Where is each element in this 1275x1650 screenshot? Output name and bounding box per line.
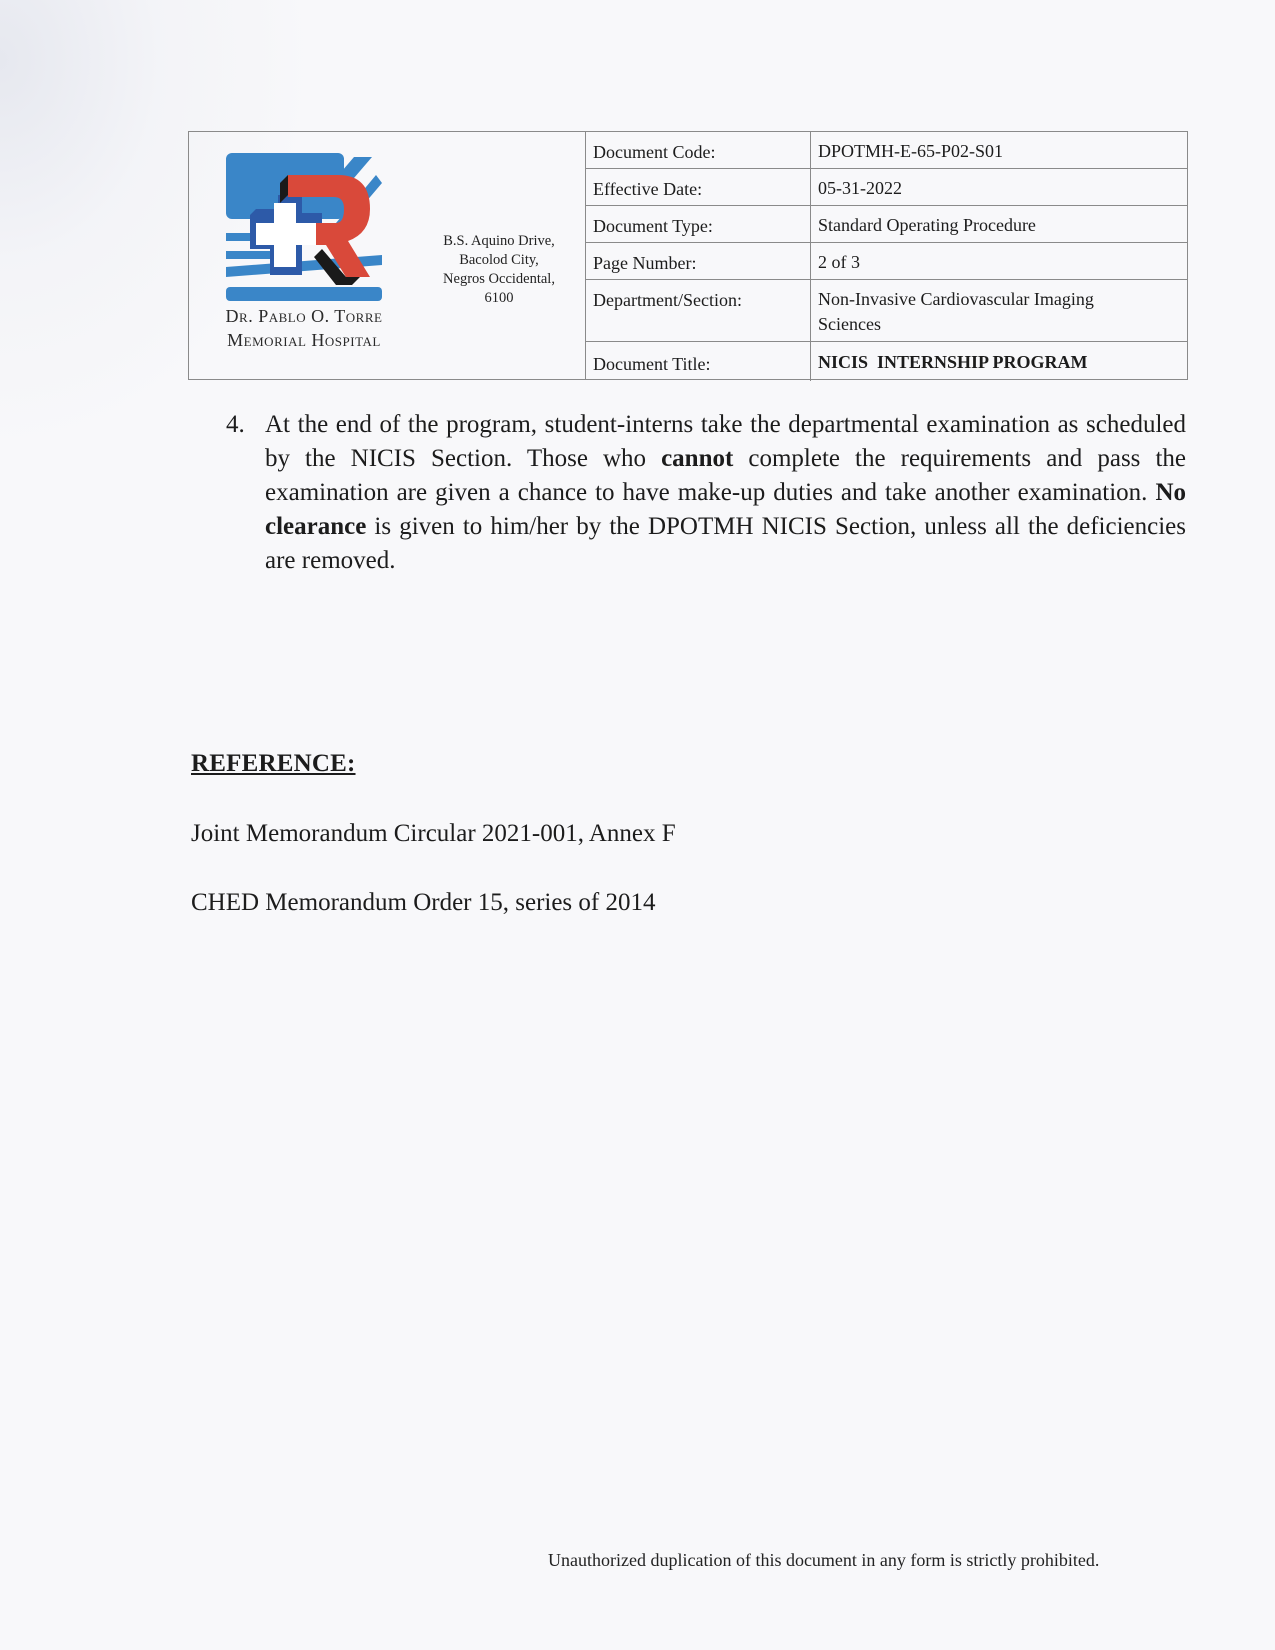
- meta-label: Page Number:: [586, 243, 811, 279]
- meta-label: Document Type:: [586, 206, 811, 242]
- meta-row-page-number: Page Number: 2 of 3: [586, 243, 1187, 280]
- duplication-notice: Unauthorized duplication of this documen…: [548, 1550, 1099, 1571]
- address-line: 6100: [419, 289, 579, 308]
- address-line: B.S. Aquino Drive,: [419, 232, 579, 251]
- meta-row-document-code: Document Code: DPOTMH-E-65-P02-S01: [586, 132, 1187, 169]
- logo-cell: Dr. Pablo O. Torre Memorial Hospital B.S…: [189, 132, 586, 379]
- text-segment: is given to him/her by the DPOTMH NICIS …: [265, 513, 1186, 574]
- document-header-table: Dr. Pablo O. Torre Memorial Hospital B.S…: [188, 131, 1188, 380]
- meta-row-document-title: Document Title: NICIS INTERNSHIP PROGRAM: [586, 342, 1187, 381]
- meta-value: DPOTMH-E-65-P02-S01: [811, 132, 1187, 168]
- emphasis-cannot: cannot: [661, 445, 733, 472]
- meta-label: Document Title:: [586, 342, 811, 381]
- reference-heading: REFERENCE:: [191, 750, 356, 778]
- meta-row-effective-date: Effective Date: 05-31-2022: [586, 169, 1187, 206]
- address-line: Bacolod City,: [419, 251, 579, 270]
- meta-value-line: Sciences: [818, 312, 1187, 337]
- hospital-name-line1: Dr. Pablo O. Torre: [189, 304, 419, 328]
- hospital-address: B.S. Aquino Drive, Bacolod City, Negros …: [419, 232, 579, 308]
- document-meta-rows: Document Code: DPOTMH-E-65-P02-S01 Effec…: [586, 132, 1187, 379]
- hospital-cross-r-logo-icon: [226, 153, 382, 305]
- procedure-item-4: 4. At the end of the program, student-in…: [226, 408, 1186, 578]
- meta-value: Non-Invasive Cardiovascular Imaging Scie…: [811, 280, 1187, 341]
- reference-item: CHED Memorandum Order 15, series of 2014: [191, 889, 656, 917]
- meta-value: Standard Operating Procedure: [811, 206, 1187, 242]
- meta-row-document-type: Document Type: Standard Operating Proced…: [586, 206, 1187, 243]
- item-text: At the end of the program, student-inter…: [265, 408, 1186, 578]
- hospital-name: Dr. Pablo O. Torre Memorial Hospital: [189, 304, 419, 352]
- meta-label: Department/Section:: [586, 280, 811, 341]
- meta-value-line: Non-Invasive Cardiovascular Imaging: [818, 287, 1187, 312]
- meta-value: 2 of 3: [811, 243, 1187, 279]
- meta-label: Document Code:: [586, 132, 811, 168]
- address-line: Negros Occidental,: [419, 270, 579, 289]
- meta-value: 05-31-2022: [811, 169, 1187, 205]
- document-title: NICIS INTERNSHIP PROGRAM: [811, 342, 1187, 381]
- meta-label: Effective Date:: [586, 169, 811, 205]
- item-number: 4.: [226, 408, 245, 442]
- hospital-name-line2: Memorial Hospital: [189, 328, 419, 352]
- reference-item: Joint Memorandum Circular 2021-001, Anne…: [191, 820, 676, 848]
- meta-row-department-section: Department/Section: Non-Invasive Cardiov…: [586, 280, 1187, 342]
